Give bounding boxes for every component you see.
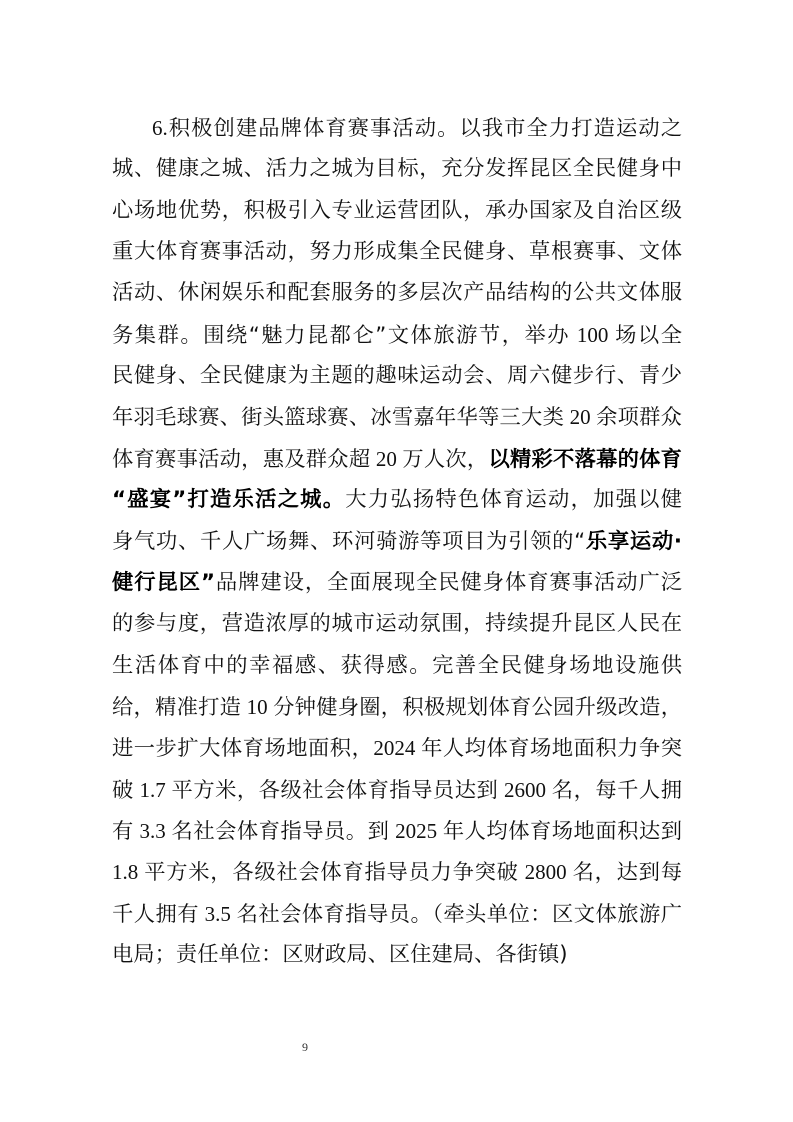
text-segment: 平方米，各级社会体育指导员力争突破 <box>144 860 518 885</box>
text-segment: 名，每千人拥 <box>552 778 682 803</box>
text-segment: 积极创建品牌体育赛事活动。以我市全力打造运动之 <box>168 116 682 141</box>
text-line: 千人拥有 3.5 名社会体育指导员。（牵头单位：区文体旅游广 <box>112 899 682 929</box>
number-segment: 100 <box>570 323 615 347</box>
text-segment: 大力弘扬特色体育运动，加强以健 <box>345 487 682 512</box>
text-segment: 重大体育赛事活动，努力形成集全民健身、草根赛事、文体 <box>112 239 682 264</box>
text-segment: 有 <box>112 819 134 844</box>
text-segment: 体育赛事活动，惠及群众超 <box>112 447 370 472</box>
text-line: 6.积极创建品牌体育赛事活动。以我市全力打造运动之 <box>152 113 682 143</box>
text-segment: 场以全 <box>615 323 682 348</box>
bold-text-segment: 健行昆区” <box>112 570 215 595</box>
text-segment: 的参与度，营造浓厚的城市运动氛围，持续提升昆区人民在 <box>112 611 682 636</box>
text-segment: 务集群。围绕“魅力昆都仑”文体旅游节，举办 <box>112 323 570 348</box>
number-segment: 20 <box>370 447 402 471</box>
text-segment: 千人拥有 <box>112 902 199 927</box>
number-segment: 6. <box>152 116 168 140</box>
text-segment: 品牌建设，全面展现全民健身体育赛事活动广泛 <box>215 570 682 595</box>
text-segment: 民健身、全民健康为主题的趣味运动会、周六健步行、青少 <box>112 363 682 388</box>
bold-text-segment: 乐享运动· <box>585 529 682 554</box>
text-segment: 名，达到每 <box>573 860 682 885</box>
number-segment: 2800 <box>519 860 573 884</box>
text-segment: 电局；责任单位：区财政局、区住建局、各街镇) <box>112 942 568 967</box>
text-segment: 平方米，各级社会体育指导员达到 <box>172 778 499 803</box>
text-segment: 名社会体育指导员。到 <box>172 819 390 844</box>
text-segment: 城、健康之城、活力之城为目标，充分发挥昆区全民健身中 <box>112 156 682 181</box>
text-segment: 余项群众 <box>596 405 682 430</box>
text-line: 年羽毛球赛、街头篮球赛、冰雪嘉年华等三大类 20 余项群众 <box>112 402 682 432</box>
document-page: 6.积极创建品牌体育赛事活动。以我市全力打造运动之城、健康之城、活力之城为目标，… <box>0 0 793 1122</box>
number-segment: 2025 <box>389 819 442 843</box>
text-line: 进一步扩大体育场地面积，2024 年人均体育场地面积力争突 <box>112 733 682 763</box>
text-segment: 进一步扩大体育场地面积， <box>112 736 373 761</box>
text-segment: 年人均体育场地面积达到 <box>443 819 682 844</box>
text-line: 有 3.3 名社会体育指导员。到 2025 年人均体育场地面积达到 <box>112 816 682 846</box>
number-segment: 2024 <box>373 736 421 760</box>
text-line: 心场地优势，积极引入专业运营团队，承办国家及自治区级 <box>112 196 682 226</box>
text-line: 健行昆区”品牌建设，全面展现全民健身体育赛事活动广泛 <box>112 568 682 598</box>
bold-text-segment: 以精彩不落幕的体育 <box>488 447 682 472</box>
text-line: 城、健康之城、活力之城为目标，充分发挥昆区全民健身中 <box>112 154 682 184</box>
text-line: 1.8 平方米，各级社会体育指导员力争突破 2800 名，达到每 <box>112 857 682 887</box>
text-segment: 万人次， <box>402 447 488 472</box>
text-line: 破 1.7 平方米，各级社会体育指导员达到 2600 名，每千人拥 <box>112 775 682 805</box>
text-line: 重大体育赛事活动，努力形成集全民健身、草根赛事、文体 <box>112 237 682 267</box>
text-segment: 身气功、千人广场舞、环河骑游等项目为引领的“ <box>112 529 585 554</box>
number-segment: 3.3 <box>134 819 172 843</box>
text-segment: 破 <box>112 778 134 803</box>
text-line: 体育赛事活动，惠及群众超 20 万人次，以精彩不落幕的体育 <box>112 444 682 474</box>
text-line: 民健身、全民健康为主题的趣味运动会、周六健步行、青少 <box>112 361 682 391</box>
text-line: 给，精准打造 10 分钟健身圈，积极规划体育公园升级改造， <box>112 692 682 722</box>
text-segment: 分钟健身圈，积极规划体育公园升级改造， <box>273 695 682 720</box>
text-segment: 名社会体育指导员。（牵头单位：区文体旅游广 <box>237 902 682 927</box>
text-line: 电局；责任单位：区财政局、区住建局、各街镇) <box>112 940 682 970</box>
number-segment: 1.7 <box>134 778 172 802</box>
number-segment: 3.5 <box>199 902 237 926</box>
number-segment: 2600 <box>498 778 551 802</box>
text-segment: 给，精准打造 <box>112 695 241 720</box>
text-segment: 生活体育中的幸福感、获得感。完善全民健身场地设施供 <box>112 653 682 678</box>
number-segment: 1.8 <box>112 860 144 884</box>
text-segment: 活动、休闲娱乐和配套服务的多层次产品结构的公共文体服 <box>112 280 682 305</box>
text-line: 务集群。围绕“魅力昆都仑”文体旅游节，举办 100 场以全 <box>112 320 682 350</box>
text-segment: 心场地优势，积极引入专业运营团队，承办国家及自治区级 <box>112 198 682 223</box>
text-line: 身气功、千人广场舞、环河骑游等项目为引领的“乐享运动· <box>112 527 682 557</box>
text-line: 活动、休闲娱乐和配套服务的多层次产品结构的公共文体服 <box>112 278 682 308</box>
number-segment: 20 <box>564 405 596 429</box>
bold-text-segment: “盛宴”打造乐活之城。 <box>112 487 345 512</box>
text-line: 生活体育中的幸福感、获得感。完善全民健身场地设施供 <box>112 651 682 681</box>
text-segment: 年羽毛球赛、街头篮球赛、冰雪嘉年华等三大类 <box>112 405 564 430</box>
page-number: 9 <box>298 1040 312 1055</box>
text-line: 的参与度，营造浓厚的城市运动氛围，持续提升昆区人民在 <box>112 609 682 639</box>
text-line: “盛宴”打造乐活之城。大力弘扬特色体育运动，加强以健 <box>112 485 682 515</box>
text-segment: 年人均体育场地面积力争突 <box>421 736 682 761</box>
number-segment: 10 <box>241 695 273 719</box>
